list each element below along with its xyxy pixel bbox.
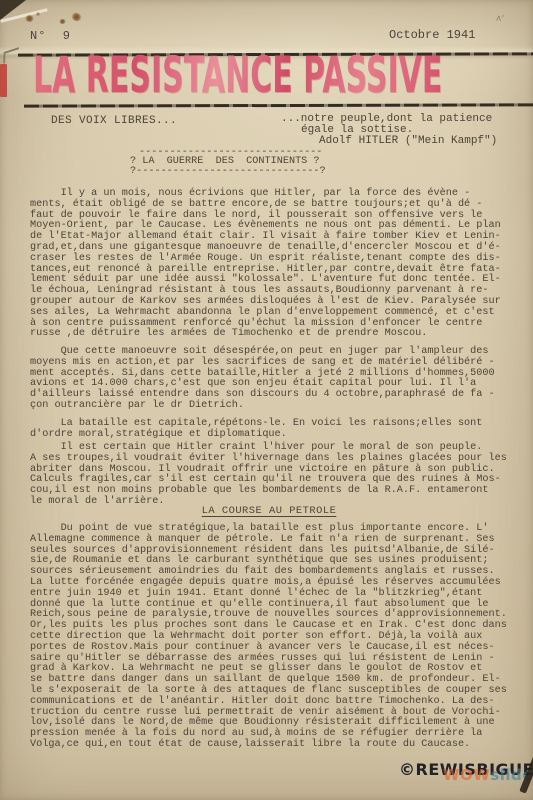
newspaper-page: N° 9 Octobre 1941 LA RÉSISTANCE PASSIVE … <box>0 0 533 800</box>
wowslider-watermark: WOWslider <box>443 766 533 784</box>
section-box-border-bottom: ?------------------------------? <box>130 167 326 178</box>
epigraph-attribution: Adolf HITLER ("Mein Kampf") <box>319 136 497 147</box>
article-paragraph-3: La bataille est capitale,répétons-le. En… <box>30 419 482 441</box>
masthead-rule-bottom <box>24 103 533 107</box>
article-paragraph-1: Il y a un mois, nous écrivions que Hitle… <box>30 189 501 340</box>
masthead-title: LA RÉSISTANCE PASSIVE <box>33 54 442 97</box>
wowslider-watermark-wow: WOW <box>443 766 490 784</box>
foxing-stain <box>59 19 66 24</box>
faint-pencil-note: ʌ' <box>495 14 504 25</box>
section-heading-petrole-text: LA COURSE AU PETROLE <box>202 505 337 517</box>
foxing-stain <box>70 11 83 22</box>
article-paragraph-5: Du point de vue stratégique,la bataille … <box>30 524 507 751</box>
foxing-stain <box>25 15 34 22</box>
foxing-stain <box>36 12 40 16</box>
red-ink-edge-mark <box>0 64 7 97</box>
article-paragraph-2: Que cette manoeuvre soit désespérée,on p… <box>30 347 495 412</box>
article-paragraph-4: Il est certain que Hitler craint l'hiver… <box>30 443 507 508</box>
section-heading-petrole: LA COURSE AU PETROLE <box>30 506 508 517</box>
issue-number: N° 9 <box>30 31 71 42</box>
epigraph-rubric: DES VOIX LIBRES... <box>51 116 177 127</box>
issue-date: Octobre 1941 <box>389 30 475 41</box>
